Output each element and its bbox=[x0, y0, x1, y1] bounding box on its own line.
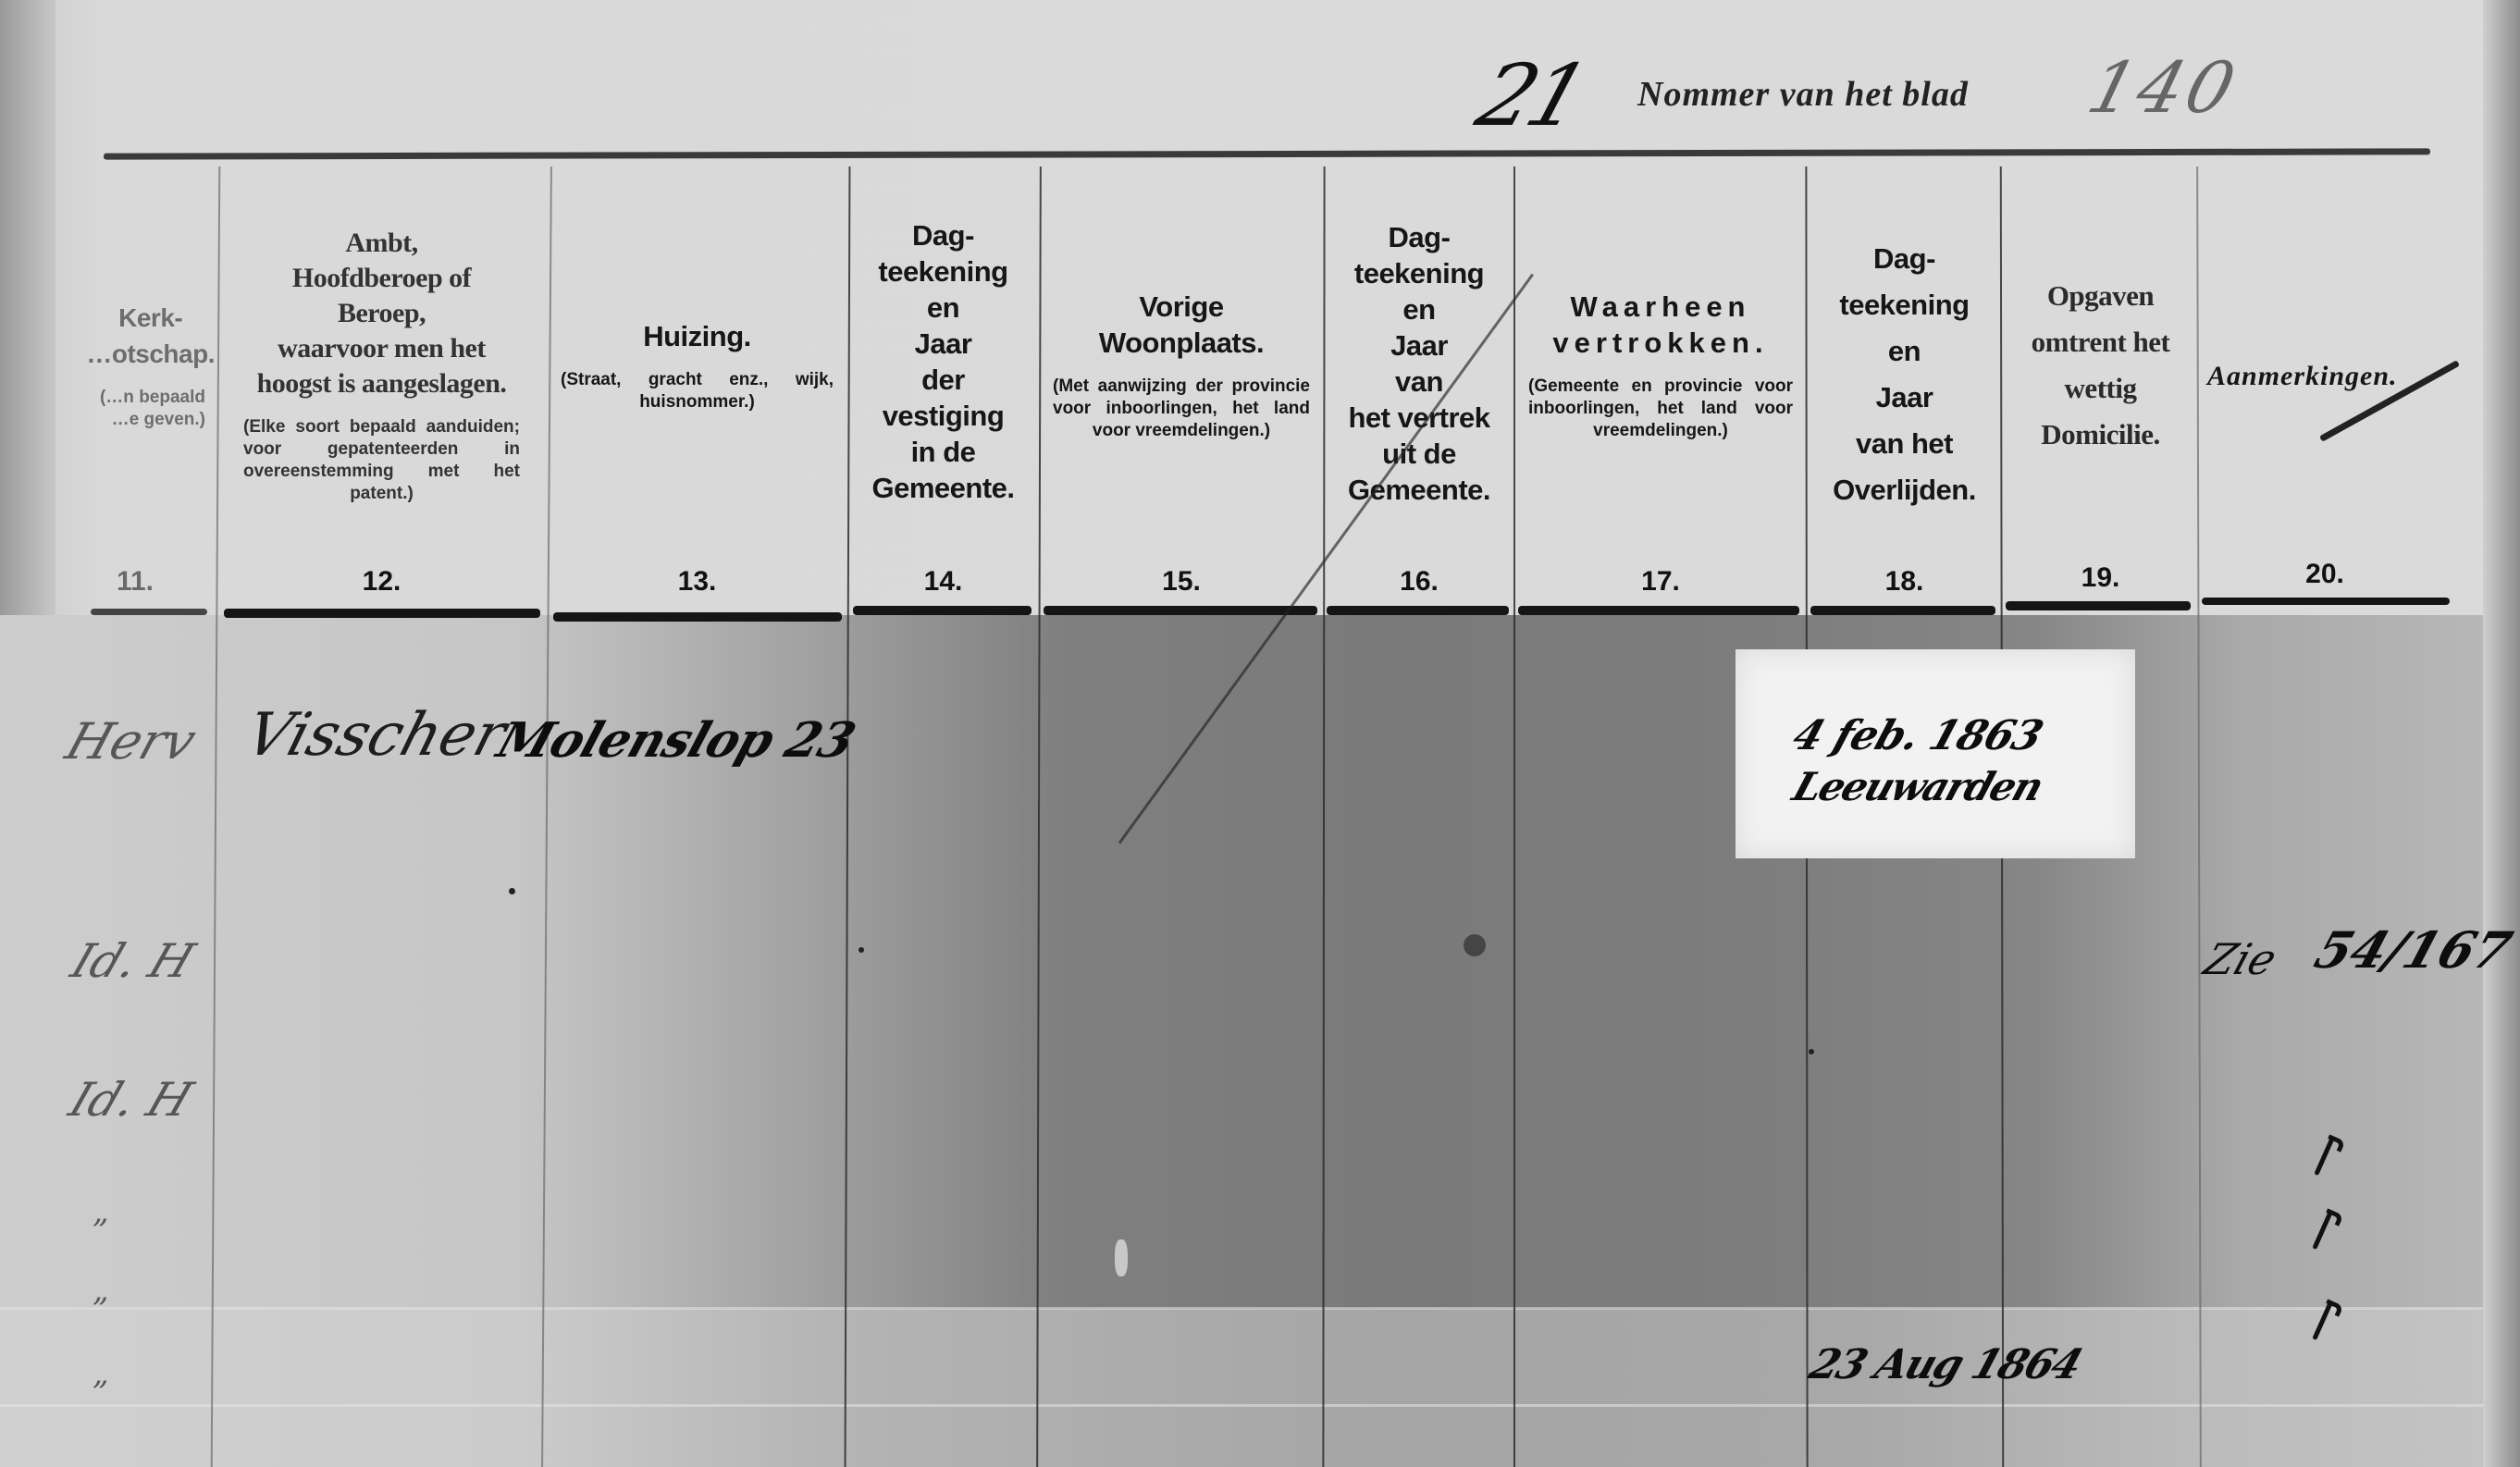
column-title: Dag- teekening en Jaar der vestiging in … bbox=[871, 217, 1014, 506]
column-rule bbox=[553, 612, 842, 622]
column-title: Vorige Woonplaats. bbox=[1099, 289, 1264, 361]
column-title: Aanmerkingen. bbox=[2207, 358, 2398, 394]
row2-aanmerking-reference: 54/167 bbox=[2308, 920, 2519, 980]
paper-blemish bbox=[1115, 1239, 1128, 1276]
row6-overlijden-date: 23 Aug 1864 bbox=[1804, 1341, 2087, 1388]
column-rule bbox=[91, 609, 207, 615]
sheet-number-label: Nommer van het blad bbox=[1637, 74, 1969, 115]
column-rule bbox=[1518, 606, 1799, 615]
column-title: Kerk- …otschap. bbox=[86, 300, 215, 372]
ink-speck bbox=[859, 947, 864, 953]
column-number-17: 17. bbox=[1515, 566, 1806, 598]
column-rule bbox=[2202, 598, 2450, 605]
column-subtitle: (Gemeente en provincie voor inboorlingen… bbox=[1515, 376, 1806, 442]
column-rule bbox=[853, 606, 1031, 615]
row1-beroep: Visscher bbox=[238, 701, 513, 770]
column-header-17: Waarheen vertrokken. (Gemeente en provin… bbox=[1515, 162, 1806, 569]
row1-kerkgenootschap: Herv bbox=[59, 712, 204, 770]
column-rule bbox=[2006, 601, 2191, 610]
page-right-edge bbox=[2483, 0, 2520, 1467]
column-number-11: 11. bbox=[56, 566, 215, 598]
row1-huizing: Molenslop 23 bbox=[490, 712, 861, 769]
column-header-15: Vorige Woonplaats. (Met aanwijzing der p… bbox=[1040, 162, 1323, 569]
column-number-15: 15. bbox=[1040, 566, 1323, 598]
column-header-13: Huizing. (Straat, gracht enz., wijk, hui… bbox=[548, 162, 846, 569]
column-title: Waarheen vertrokken. bbox=[1552, 289, 1768, 361]
column-subtitle: (…n bepaald …e geven.) bbox=[91, 387, 215, 431]
column-number-12: 12. bbox=[217, 566, 546, 598]
row1-overlijden-place: Leeuwarden bbox=[1787, 764, 2048, 809]
column-title: Ambt, Hoofdberoep of Beroep, waarvoor me… bbox=[257, 226, 507, 401]
column-header-12: Ambt, Hoofdberoep of Beroep, waarvoor me… bbox=[217, 162, 546, 569]
column-subtitle: (Elke soort bepaald aanduiden; voor gepa… bbox=[217, 416, 546, 505]
column-header-14: Dag- teekening en Jaar der vestiging in … bbox=[848, 162, 1038, 569]
row1-overlijden-date: 4 feb. 1863 bbox=[1787, 712, 2048, 759]
handwritten-page-number: 140 bbox=[2080, 46, 2247, 129]
rows-lower-band bbox=[0, 1309, 2520, 1467]
ink-speck bbox=[1809, 1049, 1814, 1054]
column-header-11: Kerk- …otschap. (…n bepaald …e geven.) bbox=[56, 162, 220, 569]
row5-kerkgenootschap: „ bbox=[93, 1272, 109, 1309]
column-header-19: Opgaven omtrent het wettig Domicilie. bbox=[2003, 162, 2198, 569]
column-number-13: 13. bbox=[548, 566, 846, 598]
column-title: Huizing. bbox=[643, 318, 751, 354]
column-number-20: 20. bbox=[2200, 559, 2450, 590]
scan-band-line bbox=[0, 1404, 2520, 1407]
column-rule bbox=[1327, 606, 1509, 615]
column-rule bbox=[1044, 606, 1317, 615]
column-header-18: Dag- teekening en Jaar van het Overlijde… bbox=[1808, 162, 2001, 569]
column-number-18: 18. bbox=[1808, 566, 2001, 598]
column-number-19: 19. bbox=[2003, 562, 2198, 594]
column-header-16: Dag- teekening en Jaar van het vertrek u… bbox=[1325, 162, 1513, 569]
column-title: Dag- teekening en Jaar van het Overlijde… bbox=[1833, 236, 1976, 513]
row3-kerkgenootschap: Id. H bbox=[62, 1073, 199, 1127]
row2-kerkgenootschap: Id. H bbox=[64, 934, 201, 988]
row6-kerkgenootschap: „ bbox=[93, 1355, 109, 1392]
scan-band-line bbox=[0, 1307, 2520, 1310]
column-subtitle: (Met aanwijzing der provincie voor inboo… bbox=[1040, 376, 1323, 442]
column-number-14: 14. bbox=[848, 566, 1038, 598]
row4-kerkgenootschap: „ bbox=[93, 1193, 109, 1230]
column-rule bbox=[1810, 606, 1995, 615]
column-number-16: 16. bbox=[1325, 566, 1513, 598]
ink-speck bbox=[1464, 934, 1486, 956]
column-rule bbox=[224, 609, 540, 618]
column-subtitle: (Straat, gracht enz., wijk, huisnommer.) bbox=[548, 369, 846, 413]
column-title: Opgaven omtrent het wettig Domicilie. bbox=[2032, 273, 2170, 458]
column-header-20: Aanmerkingen. bbox=[2200, 162, 2457, 569]
ink-speck bbox=[509, 888, 515, 894]
